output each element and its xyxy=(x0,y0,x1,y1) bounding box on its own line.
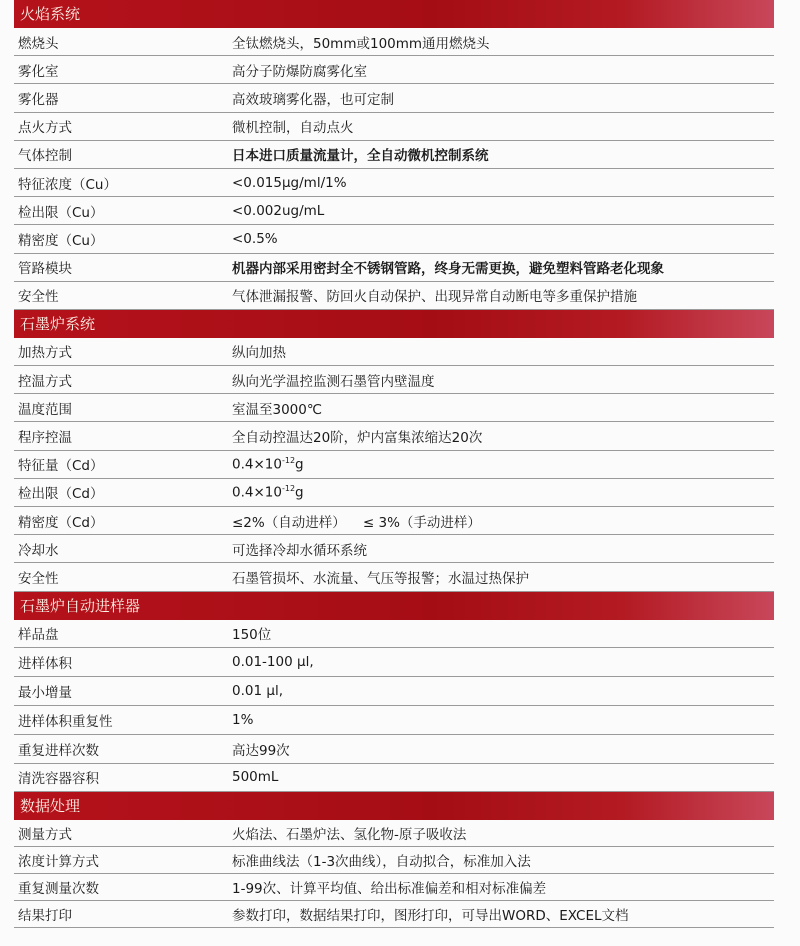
value-unit: g xyxy=(295,456,304,472)
spec-row: 特征量（Cd）0.4×10-12g xyxy=(14,451,774,479)
spec-label: 雾化器 xyxy=(14,88,232,108)
spec-row: 温度范围室温至3000℃ xyxy=(14,394,774,422)
spec-row: 最小增量0.01 μl, xyxy=(14,677,774,706)
spec-value: 0.01-100 μl, xyxy=(232,654,774,670)
spec-row: 管路模块机器内部采用密封全不锈钢管路，终身无需更换，避免塑料管路老化现象 xyxy=(14,254,774,282)
spec-label: 重复测量次数 xyxy=(14,877,232,897)
spec-label: 精密度（Cd） xyxy=(14,511,232,531)
spec-row: 样品盘150位 xyxy=(14,620,774,649)
spec-row: 点火方式微机控制，自动点火 xyxy=(14,113,774,141)
spec-value: 微机控制，自动点火 xyxy=(232,116,774,136)
spec-value: 参数打印，数据结果打印，图形打印，可导出WORD、EXCEL文档 xyxy=(232,904,774,924)
spec-label: 清洗容器容积 xyxy=(14,767,232,787)
spec-value: 1% xyxy=(232,712,774,728)
spec-label: 温度范围 xyxy=(14,398,232,418)
spec-label: 浓度计算方式 xyxy=(14,850,232,870)
spec-value: 纵向加热 xyxy=(232,341,774,361)
spec-row: 安全性石墨管损坏、水流量、气压等报警；水温过热保护 xyxy=(14,563,774,591)
section-graphite-autosampler: 石墨炉自动进样器 样品盘150位 进样体积0.01-100 μl, 最小增量0.… xyxy=(14,592,774,793)
spec-value: ≤2%（自动进样） ≤ 3%（手动进样） xyxy=(232,511,774,531)
spec-value: 1-99次、计算平均值、给出标准偏差和相对标准偏差 xyxy=(232,877,774,897)
spec-row: 安全性气体泄漏报警、防回火自动保护、出现异常自动断电等多重保护措施 xyxy=(14,282,774,310)
spec-value: 高达99次 xyxy=(232,739,774,759)
spec-label: 气体控制 xyxy=(14,144,232,164)
section-header: 石墨炉系统 xyxy=(14,310,774,338)
spec-row: 进样体积重复性1% xyxy=(14,706,774,735)
section-data-processing: 数据处理 测量方式火焰法、石墨炉法、氢化物-原子吸收法 浓度计算方式标准曲线法（… xyxy=(14,792,774,928)
spec-value: 可选择冷却水循环系统 xyxy=(232,539,774,559)
value-base: 0.4×10 xyxy=(232,456,282,472)
spec-value: 高分子防爆防腐雾化室 xyxy=(232,60,774,80)
spec-label: 样品盘 xyxy=(14,623,232,643)
spec-row: 重复进样次数高达99次 xyxy=(14,735,774,764)
spec-value: 气体泄漏报警、防回火自动保护、出现异常自动断电等多重保护措施 xyxy=(232,285,774,305)
section-header: 数据处理 xyxy=(14,792,774,820)
spec-row: 检出限（Cu）<0.002ug/mL xyxy=(14,197,774,225)
spec-label: 特征量（Cd） xyxy=(14,454,232,474)
spec-row: 精密度（Cd）≤2%（自动进样） ≤ 3%（手动进样） xyxy=(14,507,774,535)
spec-value: 标准曲线法（1-3次曲线），自动拟合，标准加入法 xyxy=(232,850,774,870)
spec-value: 0.4×10-12g xyxy=(232,456,774,473)
spec-label: 点火方式 xyxy=(14,116,232,136)
spec-label: 加热方式 xyxy=(14,341,232,361)
spec-row: 程序控温全自动控温达20阶，炉内富集浓缩达20次 xyxy=(14,422,774,450)
spec-value: 0.4×10-12g xyxy=(232,484,774,501)
section-graphite-furnace-system: 石墨炉系统 加热方式纵向加热 控温方式纵向光学温控监测石墨管内壁温度 温度范围室… xyxy=(14,310,774,592)
value-exponent: -12 xyxy=(282,484,295,493)
value-base: 0.4×10 xyxy=(232,485,282,501)
spec-label: 重复进样次数 xyxy=(14,739,232,759)
spec-value: 纵向光学温控监测石墨管内壁温度 xyxy=(232,370,774,390)
spec-row: 清洗容器容积500mL xyxy=(14,764,774,793)
section-flame-system: 火焰系统 燃烧头全钛燃烧头，50mm或100mm通用燃烧头 雾化室高分子防爆防腐… xyxy=(14,0,774,310)
spec-label: 安全性 xyxy=(14,567,232,587)
spec-label: 管路模块 xyxy=(14,257,232,277)
spec-row: 检出限（Cd）0.4×10-12g xyxy=(14,479,774,507)
spec-row: 精密度（Cu）<0.5% xyxy=(14,225,774,253)
value-unit: g xyxy=(295,485,304,501)
spec-value: 高效玻璃雾化器，也可定制 xyxy=(232,88,774,108)
spec-value: 室温至3000℃ xyxy=(232,398,774,418)
spec-row: 控温方式纵向光学温控监测石墨管内壁温度 xyxy=(14,366,774,394)
spec-value: 日本进口质量流量计，全自动微机控制系统 xyxy=(232,144,774,164)
spec-label: 控温方式 xyxy=(14,370,232,390)
spec-value: <0.002ug/mL xyxy=(232,203,774,219)
spec-value: 全钛燃烧头，50mm或100mm通用燃烧头 xyxy=(232,32,774,52)
spec-label: 检出限（Cu） xyxy=(14,201,232,221)
spec-row: 雾化室高分子防爆防腐雾化室 xyxy=(14,56,774,84)
spec-row: 加热方式纵向加热 xyxy=(14,338,774,366)
section-header: 火焰系统 xyxy=(14,0,774,28)
spec-row: 浓度计算方式标准曲线法（1-3次曲线），自动拟合，标准加入法 xyxy=(14,847,774,874)
spec-value: 150位 xyxy=(232,623,774,643)
section-header: 石墨炉自动进样器 xyxy=(14,592,774,620)
spec-value: <0.015μg/ml/1% xyxy=(232,175,774,191)
spec-label: 程序控温 xyxy=(14,426,232,446)
spec-label: 进样体积重复性 xyxy=(14,710,232,730)
spec-value: 机器内部采用密封全不锈钢管路，终身无需更换，避免塑料管路老化现象 xyxy=(232,257,774,277)
spec-value: 全自动控温达20阶，炉内富集浓缩达20次 xyxy=(232,426,774,446)
spec-row: 燃烧头全钛燃烧头，50mm或100mm通用燃烧头 xyxy=(14,28,774,56)
spec-label: 进样体积 xyxy=(14,652,232,672)
spec-label: 冷却水 xyxy=(14,539,232,559)
spec-label: 燃烧头 xyxy=(14,32,232,52)
spec-row: 重复测量次数1-99次、计算平均值、给出标准偏差和相对标准偏差 xyxy=(14,874,774,901)
spec-sheet: 火焰系统 燃烧头全钛燃烧头，50mm或100mm通用燃烧头 雾化室高分子防爆防腐… xyxy=(14,0,774,928)
spec-row: 进样体积0.01-100 μl, xyxy=(14,648,774,677)
spec-row: 雾化器高效玻璃雾化器，也可定制 xyxy=(14,84,774,112)
spec-label: 测量方式 xyxy=(14,823,232,843)
spec-row: 冷却水可选择冷却水循环系统 xyxy=(14,535,774,563)
spec-label: 结果打印 xyxy=(14,904,232,924)
spec-row: 结果打印参数打印，数据结果打印，图形打印，可导出WORD、EXCEL文档 xyxy=(14,901,774,928)
spec-row: 特征浓度（Cu）<0.015μg/ml/1% xyxy=(14,169,774,197)
spec-row: 测量方式火焰法、石墨炉法、氢化物-原子吸收法 xyxy=(14,820,774,847)
spec-value: 0.01 μl, xyxy=(232,683,774,699)
spec-label: 雾化室 xyxy=(14,60,232,80)
value-exponent: -12 xyxy=(282,456,295,465)
spec-value: 石墨管损坏、水流量、气压等报警；水温过热保护 xyxy=(232,567,774,587)
spec-label: 特征浓度（Cu） xyxy=(14,173,232,193)
spec-value: 火焰法、石墨炉法、氢化物-原子吸收法 xyxy=(232,823,774,843)
spec-label: 最小增量 xyxy=(14,681,232,701)
spec-value: <0.5% xyxy=(232,231,774,247)
spec-label: 安全性 xyxy=(14,285,232,305)
spec-value: 500mL xyxy=(232,769,774,785)
spec-label: 精密度（Cu） xyxy=(14,229,232,249)
spec-row: 气体控制日本进口质量流量计，全自动微机控制系统 xyxy=(14,141,774,169)
spec-label: 检出限（Cd） xyxy=(14,482,232,502)
